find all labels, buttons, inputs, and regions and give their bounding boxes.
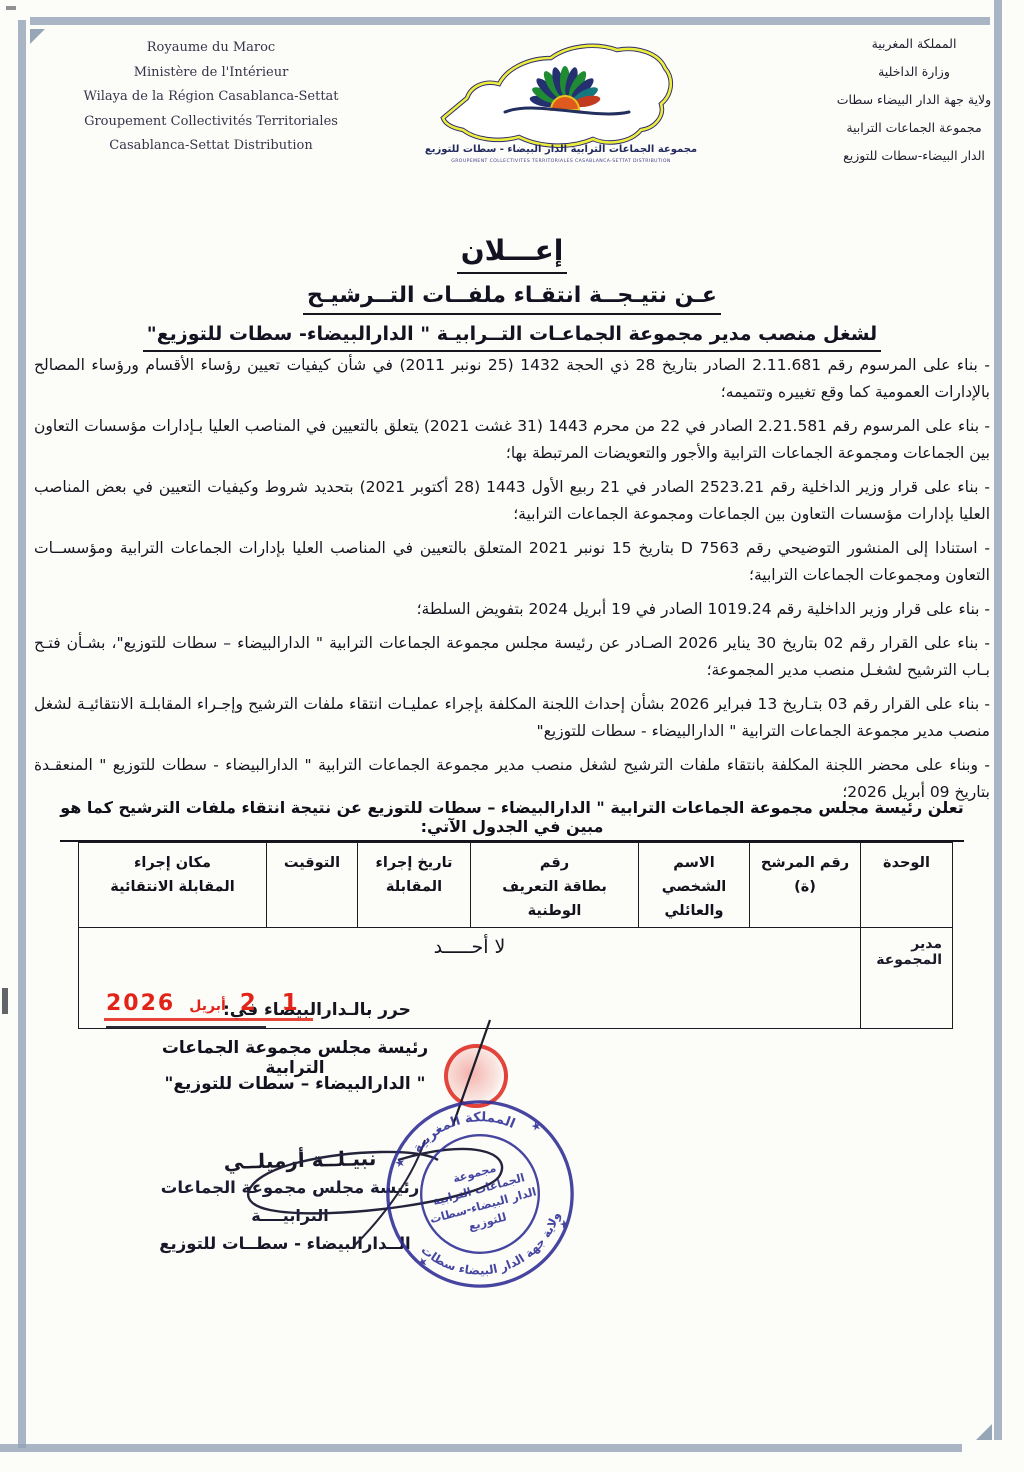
scan-border-top bbox=[30, 17, 990, 25]
logo-map-icon: مجموعة الجماعات الترابية الدار البيضاء -… bbox=[425, 40, 697, 166]
logo-caption-french: GROUPEMENT COLLECTIVITES TERRITORIALES C… bbox=[451, 158, 671, 164]
stamp-ring-top-text: المملكة المغربية bbox=[405, 1099, 520, 1158]
blue-official-stamp: المملكة المغربية ولاية جهة الدار البيضاء… bbox=[382, 1096, 578, 1292]
scanned-document-page: Royaume du Maroc Ministère de l'Intérieu… bbox=[0, 0, 1024, 1472]
legal-reference-item: - بناء على المرسوم رقم 2.11.681 الصادر ب… bbox=[34, 352, 990, 406]
scan-border-right bbox=[994, 0, 1002, 1440]
column-header-candidate-no: رقم المرشح (ة) bbox=[750, 843, 861, 928]
letterhead-line: ولاية جهة الدار البيضاء سطات bbox=[830, 86, 998, 114]
legal-reference-item: - استنادا إلى المنشور التوضيحي رقم D 756… bbox=[34, 535, 990, 589]
logo-caption-arabic: مجموعة الجماعات الترابية الدار البيضاء -… bbox=[425, 144, 697, 155]
letterhead-line: Groupement Collectivités Territoriales bbox=[78, 110, 344, 135]
stamp-star-icon: ★ bbox=[393, 1154, 407, 1170]
legal-reference-item: - بناء على القرار رقم 03 بتـاريخ 13 فبرا… bbox=[34, 691, 990, 745]
letterhead-line: الدار البيضاء-سطات للتوزيع bbox=[830, 142, 998, 170]
column-header-interview-place: مكان إجراء المقابلة الانتقائية bbox=[79, 843, 267, 928]
letterhead-french: Royaume du Maroc Ministère de l'Intérieu… bbox=[78, 36, 344, 159]
organization-logo: مجموعة الجماعات الترابية الدار البيضاء -… bbox=[425, 40, 697, 166]
legal-reference-item: - بناء على قرار وزير الداخلية رقم 1019.2… bbox=[34, 596, 990, 623]
legal-reference-item: - بناء على قرار وزير الداخلية رقم 2523.2… bbox=[34, 474, 990, 528]
scan-speck bbox=[6, 6, 16, 10]
title-line-3: لشغل منصب مدير مجموعة الجماعـات التــراب… bbox=[0, 323, 1024, 352]
letterhead-line: Wilaya de la Région Casablanca-Settat bbox=[78, 85, 344, 110]
date-stamp-year: 2026 bbox=[106, 991, 175, 1016]
title-line-2: عـن نتيـجــة انتقـاء ملفــات التــرشيـح bbox=[0, 283, 1024, 315]
table-header-row: الوحدة رقم المرشح (ة) الاسم الشخصي والعا… bbox=[79, 843, 953, 928]
legal-references: - بناء على المرسوم رقم 2.11.681 الصادر ب… bbox=[34, 352, 990, 813]
stamp-star-icon: ★ bbox=[529, 1118, 543, 1134]
column-header-time: التوقيت bbox=[267, 843, 358, 928]
column-header-unit: الوحدة bbox=[861, 843, 953, 928]
document-title: إعـــلان عـن نتيـجــة انتقـاء ملفــات ال… bbox=[0, 234, 1024, 352]
scan-corner-triangle-top-left bbox=[30, 29, 45, 44]
legal-reference-item: - بناء على القرار رقم 02 بتاريخ 30 يناير… bbox=[34, 630, 990, 684]
letterhead-line: Casablanca-Settat Distribution bbox=[78, 134, 344, 159]
announcement-sentence: تعلن رئيسة مجلس مجموعة الجماعات الترابية… bbox=[60, 798, 964, 842]
letterhead-line: وزارة الداخلية bbox=[830, 58, 998, 86]
svg-text:المملكة المغربية: المملكة المغربية bbox=[405, 1099, 520, 1158]
legal-reference-item: - بناء على المرسوم رقم 2.21.581 الصادر ف… bbox=[34, 413, 990, 467]
column-header-national-id: رقم بطاقة التعريف الوطنية bbox=[471, 843, 639, 928]
title-line-1: إعـــلان bbox=[0, 234, 1024, 274]
unit-cell: مدير المجموعة bbox=[861, 928, 953, 1029]
letterhead-line: Royaume du Maroc bbox=[78, 36, 344, 61]
letterhead-arabic: المملكة المغربية وزارة الداخلية ولاية جه… bbox=[830, 30, 998, 170]
scan-corner-triangle-bottom-right bbox=[976, 1424, 992, 1440]
letterhead-line: Ministère de l'Intérieur bbox=[78, 61, 344, 86]
letterhead-line: المملكة المغربية bbox=[830, 30, 998, 58]
scan-border-bottom bbox=[0, 1444, 962, 1452]
column-header-full-name: الاسم الشخصي والعائلي bbox=[639, 843, 750, 928]
letterhead-line: مجموعة الجماعات الترابية bbox=[830, 114, 998, 142]
column-header-interview-date: تاريخ إجراء المقابلة bbox=[358, 843, 471, 928]
scan-speck bbox=[2, 988, 8, 1014]
